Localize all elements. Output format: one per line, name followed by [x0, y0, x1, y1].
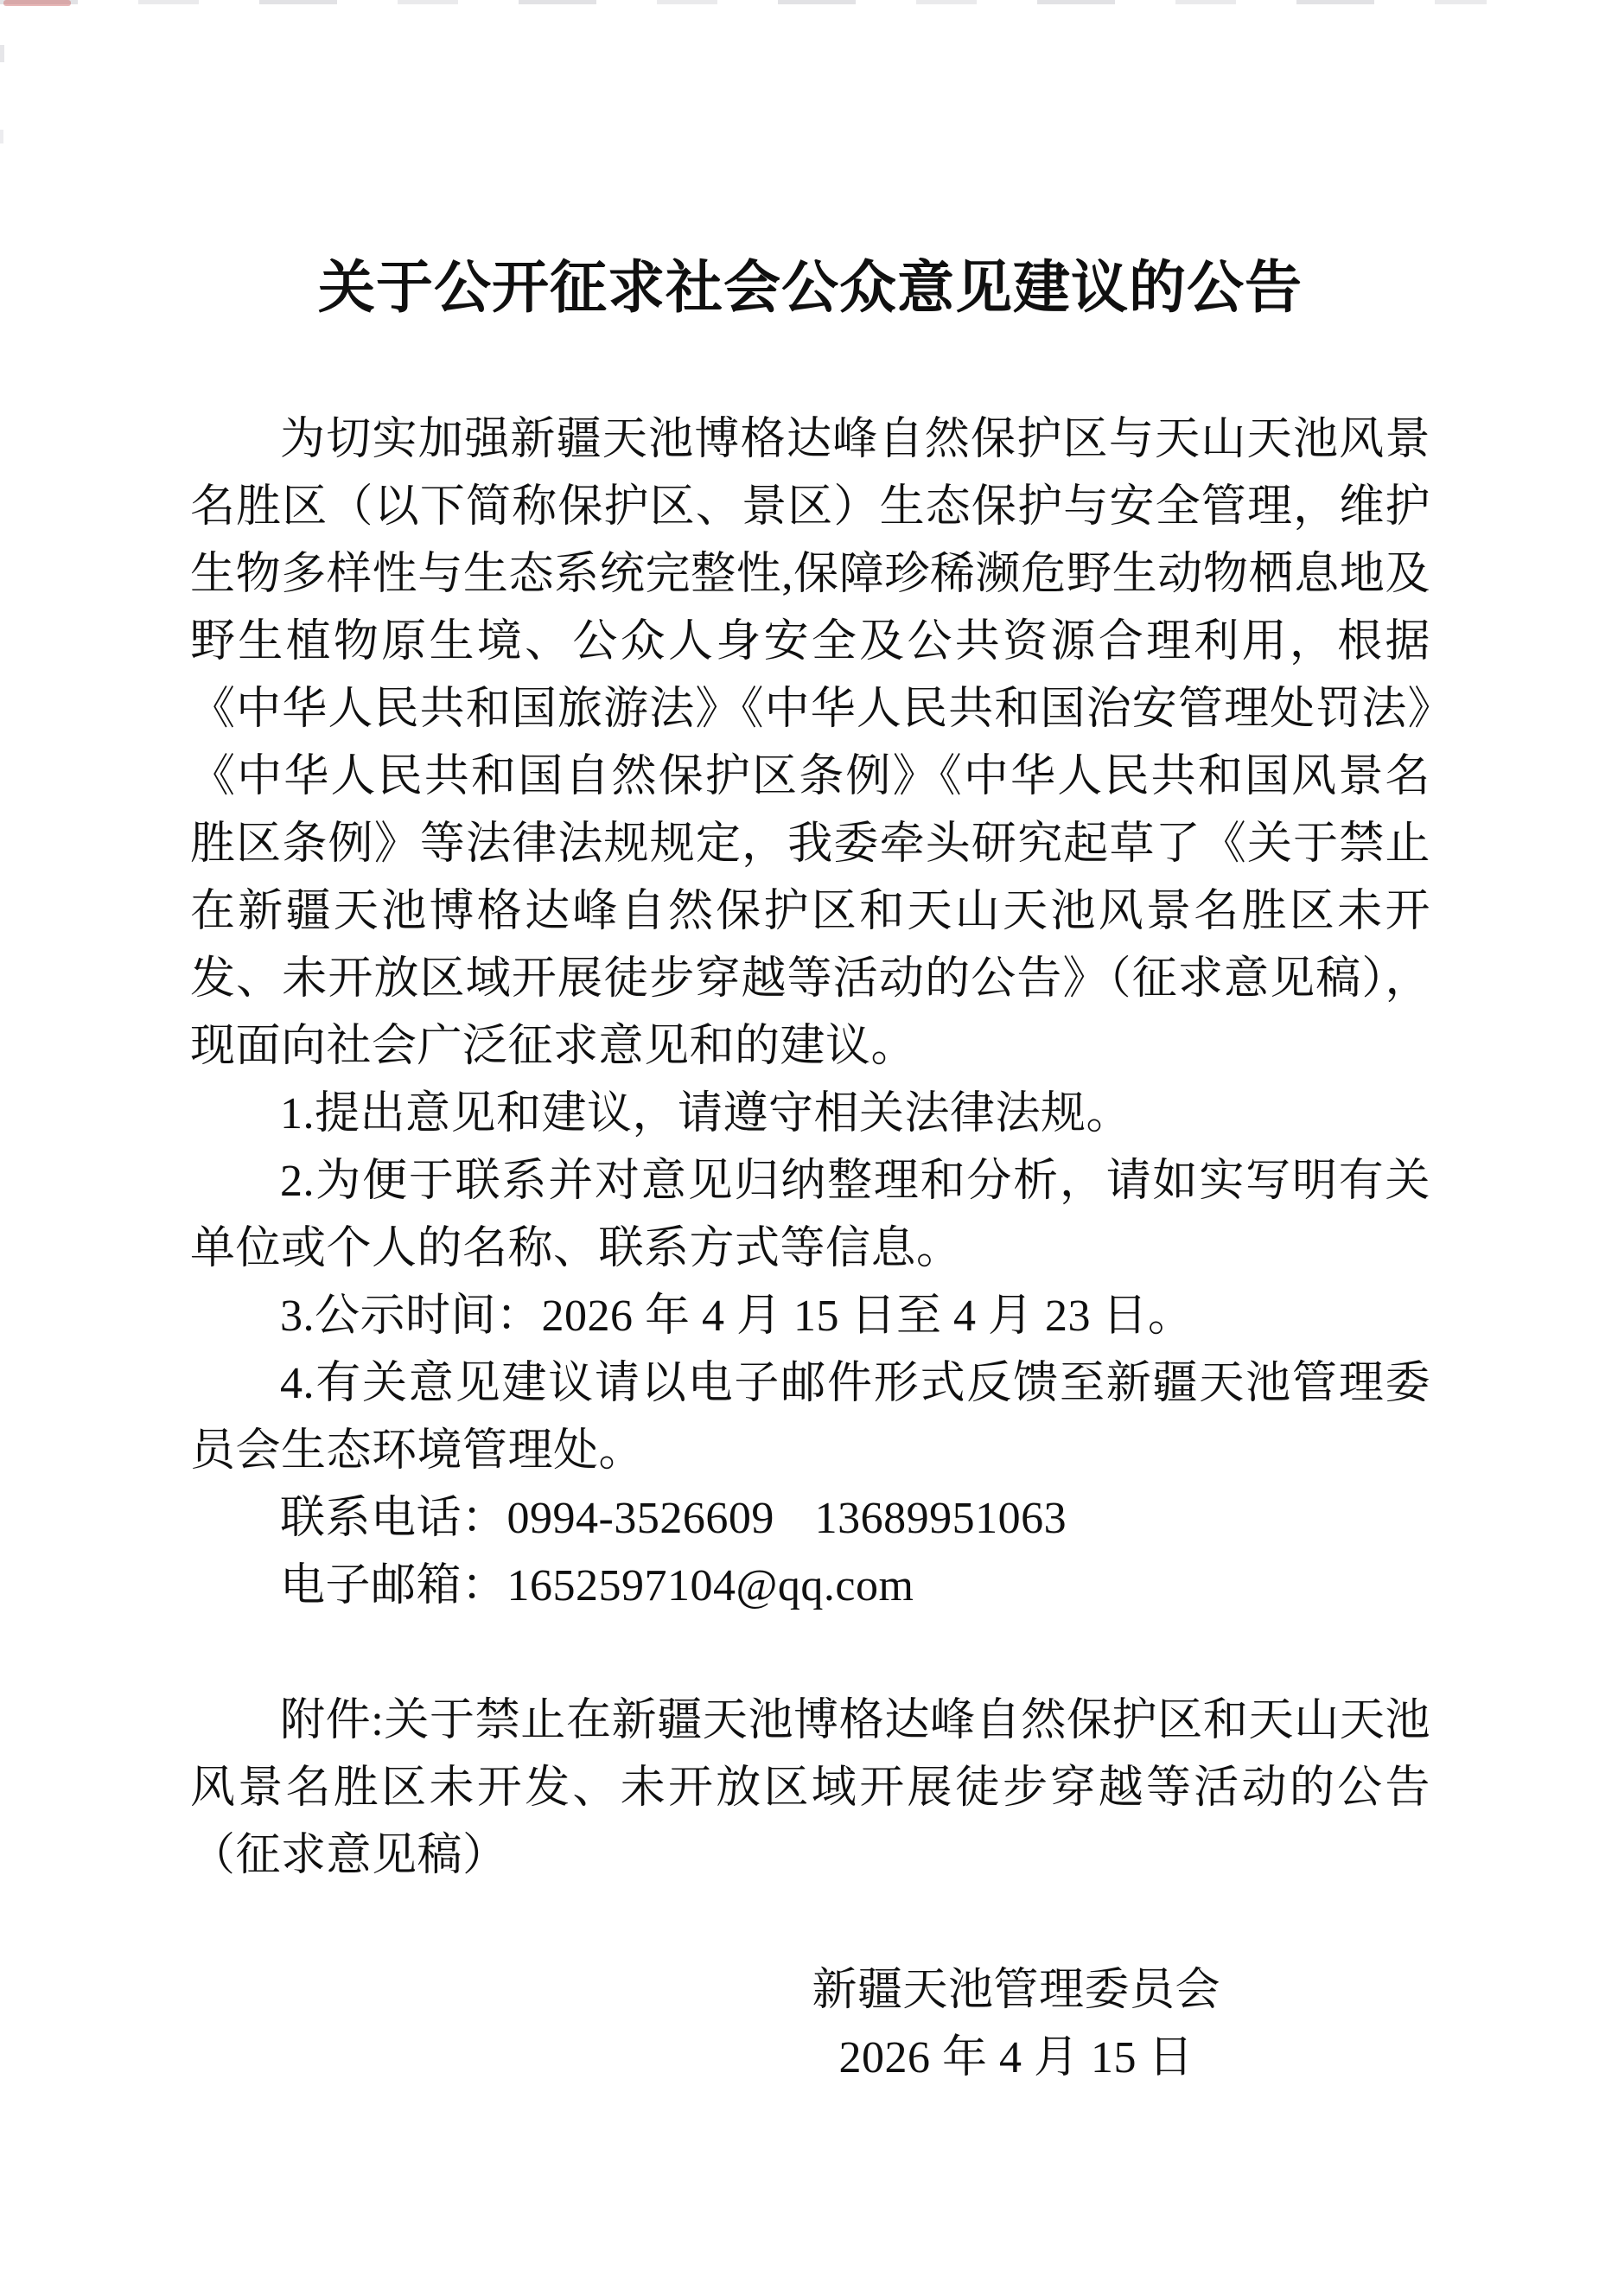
phone-number-2: 13689951063 [815, 1494, 1067, 1543]
signature-org: 新疆天池管理委员会 [812, 1957, 1220, 2025]
attachment-note: 附件:关于禁止在新疆天池博格达峰自然保护区和天山天池风景名胜区未开发、未开放区域… [190, 1687, 1430, 1890]
list-item-1: 1.提出意见和建议，请遵守相关法律法规。 [190, 1081, 1430, 1148]
scan-artifact-left-mark [0, 45, 4, 62]
email-address: 1652597104@qq.com [507, 1561, 914, 1610]
scan-artifact-top-edge [0, 0, 1487, 4]
phone-label: 联系电话： [280, 1494, 507, 1543]
document-page: 关于公开征求社会公众意见建议的公告 为切实加强新疆天池博格达峰自然保护区与天山天… [0, 0, 1618, 2296]
list-item-3: 3.公示时间：2026 年 4 月 15 日至 4 月 23 日。 [190, 1283, 1430, 1350]
phone-number-1: 0994-3526609 [507, 1494, 774, 1543]
scan-artifact-corner-mark [3, 0, 71, 6]
contact-email-line: 电子邮箱：1652597104@qq.com [190, 1553, 1430, 1620]
signature-date: 2026 年 4 月 15 日 [812, 2025, 1220, 2092]
signature-block: 新疆天池管理委员会 2026 年 4 月 15 日 [812, 1957, 1220, 2092]
intro-paragraph: 为切实加强新疆天池博格达峰自然保护区与天山天池风景名胜区（以下简称保护区、景区）… [190, 406, 1430, 1081]
list-item-4: 4.有关意见建议请以电子邮件形式反馈至新疆天池管理委员会生态环境管理处。 [190, 1350, 1430, 1485]
email-label: 电子邮箱： [280, 1561, 507, 1610]
contact-phone-line: 联系电话：0994-352660913689951063 [190, 1485, 1430, 1553]
scan-artifact-left-mark [0, 130, 3, 143]
list-item-2: 2.为便于联系并对意见归纳整理和分析，请如实写明有关单位或个人的名称、联系方式等… [190, 1148, 1430, 1283]
page-title: 关于公开征求社会公众意见建议的公告 [190, 249, 1430, 328]
document-content: 关于公开征求社会公众意见建议的公告 为切实加强新疆天池博格达峰自然保护区与天山天… [0, 0, 1618, 2092]
